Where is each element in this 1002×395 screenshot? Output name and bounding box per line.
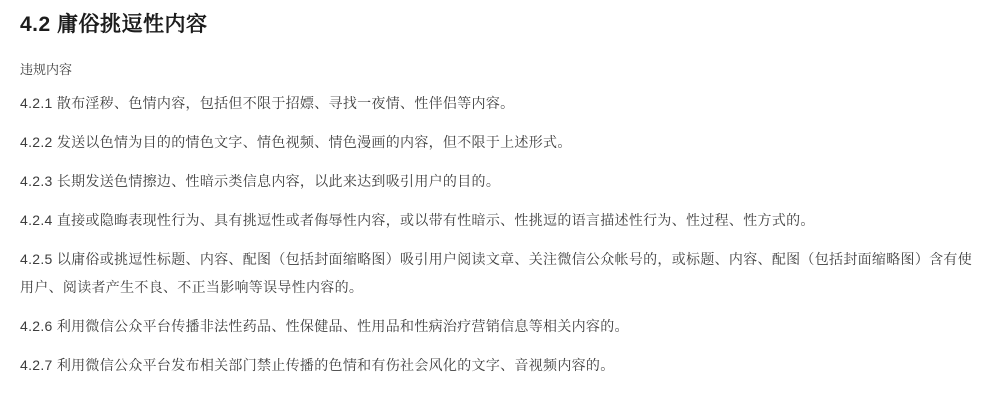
- section-label: 违规内容: [20, 62, 986, 78]
- rule-item-6: 4.2.6 利用微信公众平台传播非法性药品、性保健品、性用品和性病治疗营销信息等…: [20, 312, 986, 340]
- rule-item-7: 4.2.7 利用微信公众平台发布相关部门禁止传播的色情和有伤社会风化的文字、音视…: [20, 351, 986, 379]
- rule-item-3: 4.2.3 长期发送色情擦边、性暗示类信息内容，以此来达到吸引用户的目的。: [20, 167, 986, 195]
- policy-document: 4.2 庸俗挑逗性内容 违规内容 4.2.1 散布淫秽、色情内容，包括但不限于招…: [0, 0, 1002, 395]
- rule-item-4: 4.2.4 直接或隐晦表现性行为、具有挑逗性或者侮辱性内容，或以带有性暗示、性挑…: [20, 206, 986, 234]
- rule-item-5: 4.2.5 以庸俗或挑逗性标题、内容、配图（包括封面缩略图）吸引用户阅读文章、关…: [20, 245, 986, 301]
- page-title: 4.2 庸俗挑逗性内容: [20, 12, 986, 38]
- rule-item-1: 4.2.1 散布淫秽、色情内容，包括但不限于招嫖、寻找一夜情、性伴侣等内容。: [20, 89, 986, 117]
- rule-item-2: 4.2.2 发送以色情为目的的情色文字、情色视频、情色漫画的内容，但不限于上述形…: [20, 128, 986, 156]
